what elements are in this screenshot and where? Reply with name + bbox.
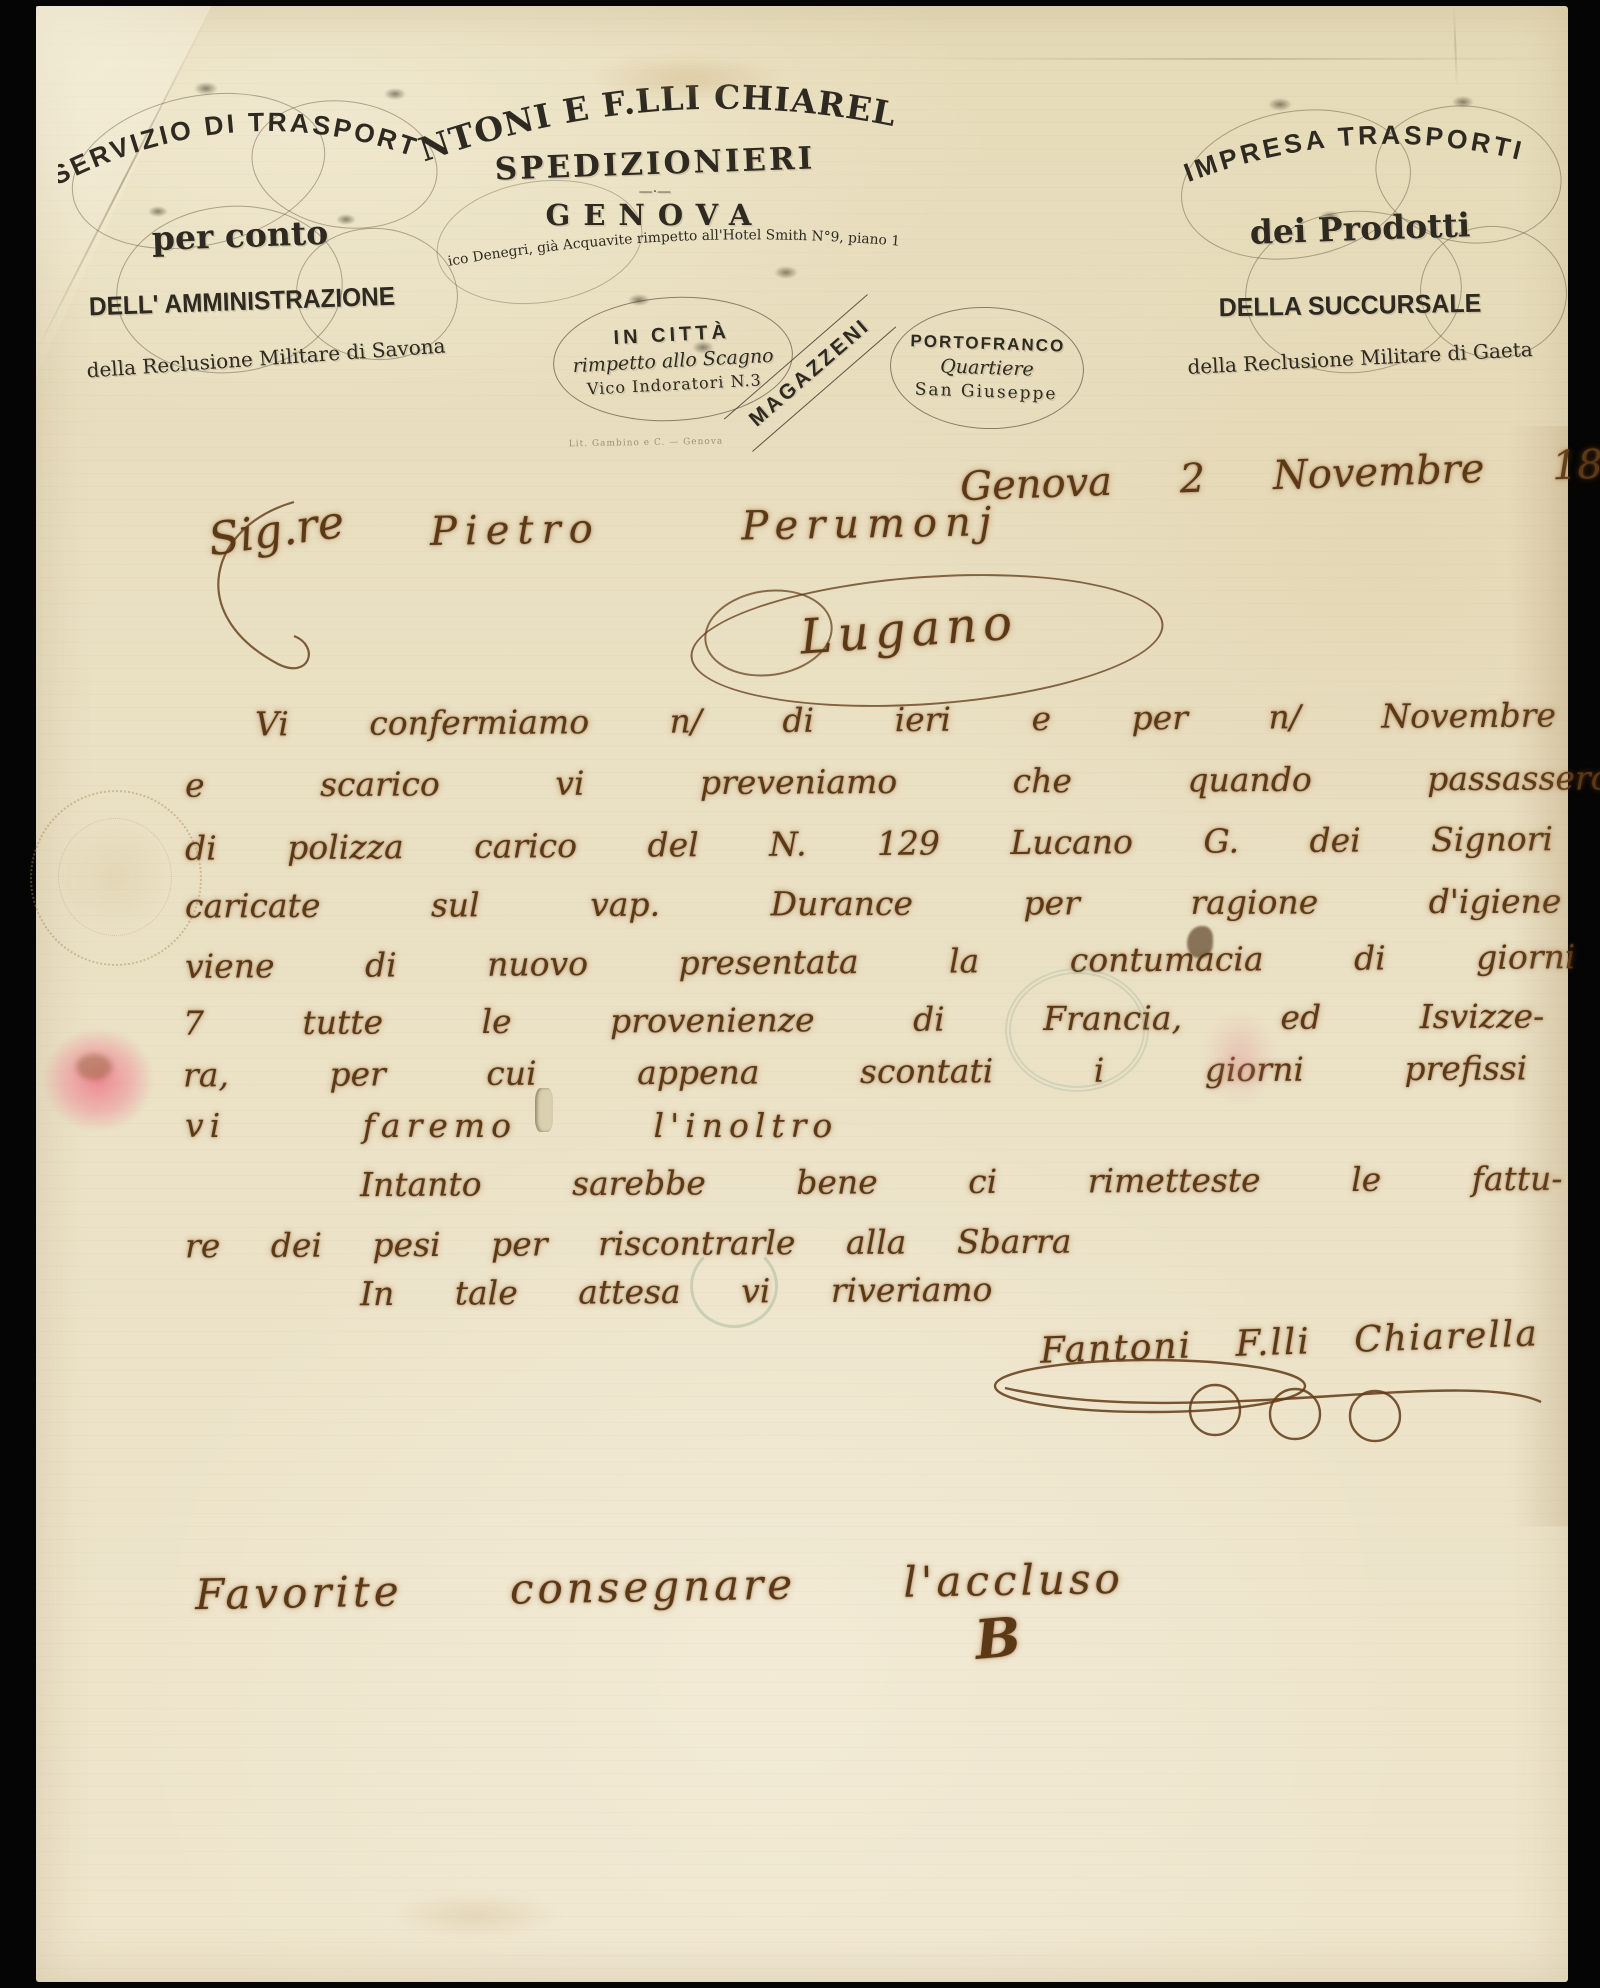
tan-smudge-bottom	[390, 1894, 560, 1936]
company-address-arc: Vico Denegri, già Acquavite rimpetto all…	[440, 216, 910, 278]
vertical-crease	[1453, 7, 1458, 87]
office-port-oval: PORTOFRANCO Quartiere San Giuseppe	[888, 304, 1086, 433]
body-line: ra, per cui appena scontati i giorni pre…	[183, 1048, 1527, 1094]
postmark-inner-ring	[58, 818, 172, 936]
leaf-ornament	[774, 266, 798, 279]
wax-seal-spot	[42, 1028, 154, 1132]
body-line: caricate sul vap. Durance per ragione d'…	[185, 882, 1562, 926]
right-subheading: dei Prodotti	[1239, 205, 1480, 252]
postscript-initial: B	[972, 1604, 1023, 1672]
horizontal-crease	[916, 58, 1566, 60]
body-line: e scarico vi preveniamo che quando passa…	[185, 758, 1600, 804]
leaf-ornament	[628, 294, 650, 306]
body-line: Intanto sarebbe bene ci rimetteste le fa…	[360, 1159, 1563, 1204]
postmark-circle	[30, 790, 202, 966]
svg-text:Vico Denegri, già Acquavite ri: Vico Denegri, già Acquavite rimpetto all…	[440, 216, 901, 270]
body-line: In tale attesa vi riveriamo	[360, 1270, 993, 1313]
wax-seal-core	[76, 1054, 112, 1080]
scanned-letter-page: SERVIZIO DI TRASPORTI per conto DELL' AM…	[0, 0, 1600, 1988]
recipient-name: Pietro Perumonj	[430, 499, 1000, 555]
right-line3: DELLA SUCCURSALE	[1187, 287, 1514, 324]
dateline: Genova 2 Novembre 1866	[959, 440, 1600, 510]
right-arched-heading: IMPRESA TRASPORTI	[1163, 102, 1548, 204]
body-line: viene di nuovo presentata la contumacia …	[185, 937, 1576, 986]
signature-flourish	[985, 1358, 1550, 1443]
left-arched-heading: SERVIZIO DI TRASPORTI	[58, 86, 423, 198]
leaf-ornament	[692, 341, 714, 354]
office-port-line2: San Giuseppe	[914, 380, 1057, 405]
paper-sheet: SERVIZIO DI TRASPORTI per conto DELL' AM…	[36, 6, 1568, 1982]
left-heading-text: SERVIZIO DI TRASPORTI	[58, 86, 423, 191]
right-heading-text: IMPRESA TRASPORTI	[1180, 120, 1528, 188]
body-line: re dei pesi per riscontrarle alla Sbarra	[185, 1222, 1072, 1266]
office-port-line1: Quartiere	[940, 355, 1034, 380]
office-port-title: PORTOFRANCO	[910, 331, 1065, 356]
body-line: 7 tutte le provenienze di Francia, ed Is…	[183, 996, 1544, 1042]
company-address-text: Vico Denegri, già Acquavite rimpetto all…	[440, 216, 901, 270]
leaf-ornament	[148, 206, 168, 217]
body-line: Vi confermiamo n/ di ieri e per n/ Novem…	[255, 695, 1556, 743]
body-line: vi faremo l'inoltro	[185, 1106, 838, 1145]
body-line: di polizza carico del N. 129 Lucano G. d…	[185, 819, 1553, 868]
printer-credit: Lit. Gambino e C. — Genova	[456, 435, 836, 452]
svg-text:IMPRESA TRASPORTI: IMPRESA TRASPORTI	[1180, 120, 1528, 188]
svg-text:SERVIZIO DI TRASPORTI: SERVIZIO DI TRASPORTI	[58, 86, 423, 191]
